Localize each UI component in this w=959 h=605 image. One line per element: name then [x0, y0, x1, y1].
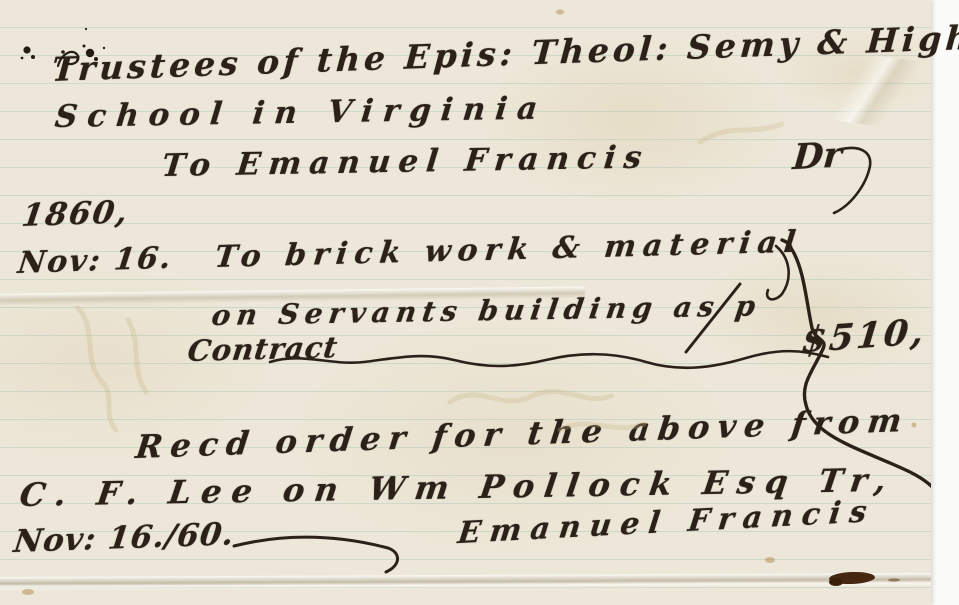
received-line-1: Recd order for the above from — [134, 401, 912, 466]
entry-line-3: Contract — [186, 330, 340, 368]
date-dash-stroke — [234, 537, 398, 572]
stain-blob — [829, 571, 900, 586]
entry-line-2: on Servants building as p — [210, 289, 764, 332]
amount-brace-stroke — [782, 240, 931, 499]
dr-abbreviation: Dr — [791, 134, 843, 178]
paper-sheet: Trustees of the Epis: Theol: Semy & High… — [0, 0, 931, 605]
header-line-2: School in Virginia — [53, 90, 549, 135]
to-line: To Emanuel Francis — [160, 139, 651, 184]
fold-crease-bottom — [0, 573, 931, 591]
entry-line-1: To brick work & material — [213, 225, 804, 275]
received-date: Nov: 16./60. — [12, 516, 237, 560]
document-scan: Trustees of the Epis: Theol: Semy & High… — [0, 0, 959, 605]
contract-wavy-line — [270, 351, 828, 368]
year-line: 1860, — [19, 194, 131, 234]
entry-date: Nov: 16. — [16, 241, 175, 282]
amount-value: $510, — [800, 311, 929, 361]
header-line-1: Trustees of the Epis: Theol: Semy & High — [51, 18, 959, 89]
